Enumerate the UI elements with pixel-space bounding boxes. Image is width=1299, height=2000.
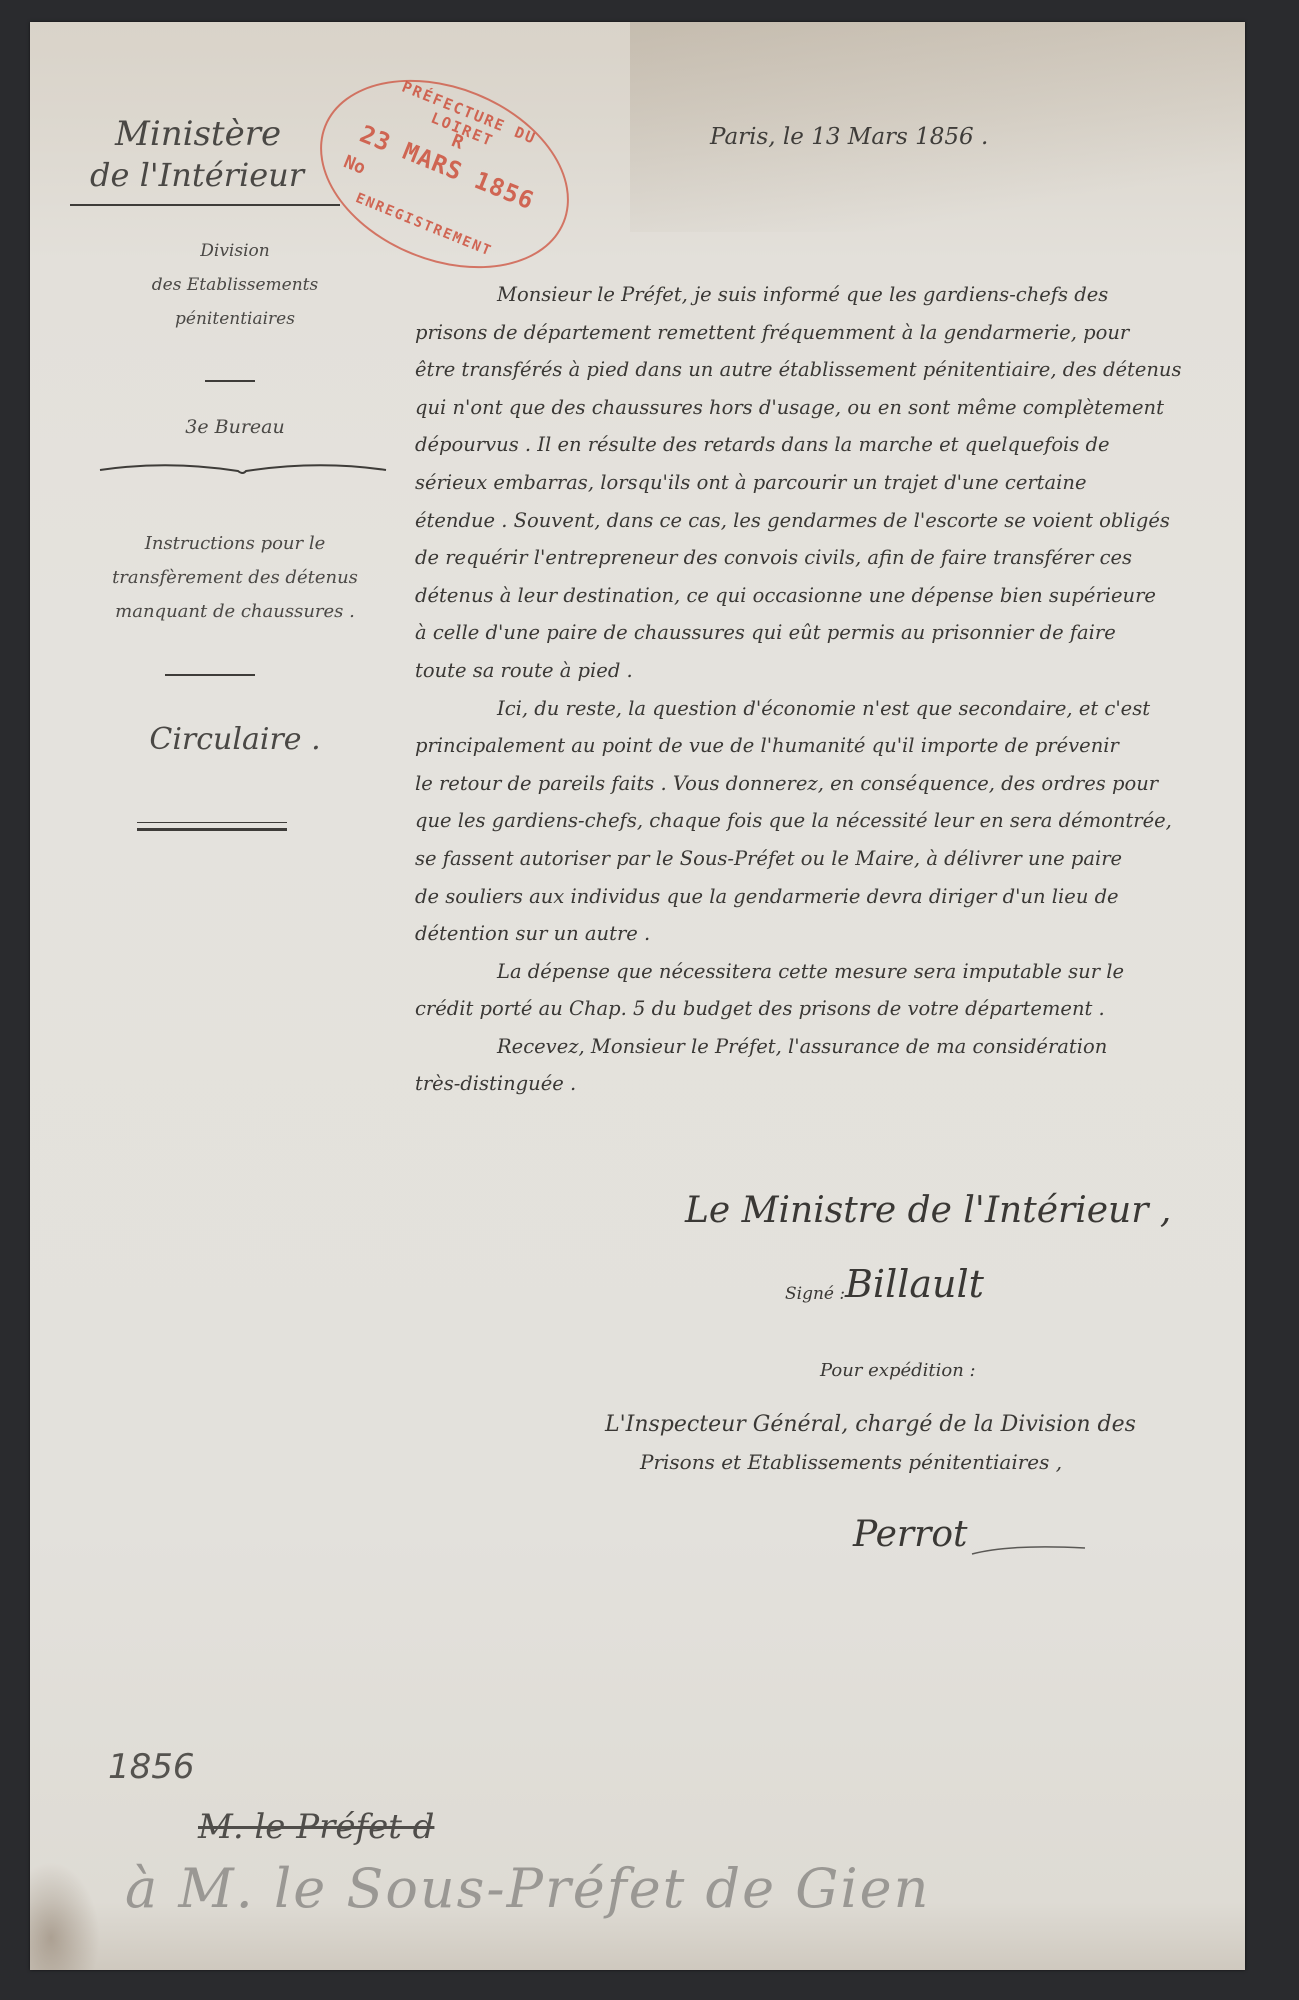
flourish-divider xyxy=(98,462,388,480)
short-divider xyxy=(165,674,255,676)
body-line: détention sur un autre . xyxy=(415,915,1255,953)
double-rule-bottom xyxy=(137,828,287,831)
year-annotation: 1856 xyxy=(108,1747,195,1787)
bureau-label: 3e Bureau xyxy=(70,410,400,444)
pencil-addressee: à M. le Sous-Préfet de Gien xyxy=(125,1857,930,1920)
expedition-label: Pour expédition : xyxy=(820,1360,976,1381)
letter-body: Monsieur le Préfet, je suis informé que … xyxy=(415,276,1255,1103)
body-line: se fassent autoriser par le Sous-Préfet … xyxy=(415,840,1255,878)
body-line: prisons de département remettent fréquem… xyxy=(415,314,1255,352)
body-line: de requérir l'entrepreneur des convois c… xyxy=(415,539,1255,577)
document-type: Circulaire . xyxy=(70,720,400,760)
body-line: détenus à leur destination, ce qui occas… xyxy=(415,577,1255,615)
subject-line: Instructions pour le xyxy=(70,527,400,561)
body-line: être transférés à pied dans un autre éta… xyxy=(415,351,1255,389)
body-line: principalement au point de vue de l'huma… xyxy=(415,727,1255,765)
inspector-signature: Perrot xyxy=(853,1514,967,1555)
inspector-title-line2: Prisons et Etablissements pénitentiaires… xyxy=(640,1450,1062,1474)
subject-block: Instructions pour le transfèrement des d… xyxy=(70,527,400,629)
letterhead-interieur: de l'Intérieur xyxy=(90,156,304,194)
body-line: étendue . Souvent, dans ce cas, les gend… xyxy=(415,502,1255,540)
body-line: Monsieur le Préfet, je suis informé que … xyxy=(415,276,1255,314)
letterhead-divider xyxy=(70,204,340,206)
body-line: sérieux embarras, lorsqu'ils ont à parco… xyxy=(415,464,1255,502)
body-line: le retour de pareils faits . Vous donner… xyxy=(415,765,1255,803)
body-line: Ici, du reste, la question d'économie n'… xyxy=(415,690,1255,728)
struck-addressee: M. le Préfet d xyxy=(198,1807,434,1847)
body-line: crédit porté au Chap. 5 du budget des pr… xyxy=(415,990,1255,1028)
dateline: Paris, le 13 Mars 1856 . xyxy=(710,124,988,150)
body-line: très-distinguée . xyxy=(415,1065,1255,1103)
body-line: que les gardiens-chefs, chaque fois que … xyxy=(415,802,1255,840)
body-line: de souliers aux individus que la gendarm… xyxy=(415,878,1255,916)
body-line: dépourvus . Il en résulte des retards da… xyxy=(415,426,1255,464)
body-line: La dépense que nécessitera cette mesure … xyxy=(415,953,1255,991)
body-line: Recevez, Monsieur le Préfet, l'assurance… xyxy=(415,1028,1255,1066)
double-rule-top xyxy=(137,822,287,823)
division-line: des Etablissements xyxy=(70,268,400,302)
letterhead-ministere: Ministère xyxy=(115,114,281,154)
body-line: qui n'ont que des chaussures hors d'usag… xyxy=(415,389,1255,427)
short-divider xyxy=(205,380,255,382)
division-line: Division xyxy=(70,234,400,268)
division-line: pénitentiaires xyxy=(70,302,400,336)
signature-flourish xyxy=(970,1540,1090,1560)
body-line: toute sa route à pied . xyxy=(415,652,1255,690)
subject-line: manquant de chaussures . xyxy=(70,595,400,629)
minister-title: Le Ministre de l'Intérieur , xyxy=(685,1190,1171,1231)
minister-signature: Billault xyxy=(845,1262,984,1306)
document-page: Ministère de l'Intérieur PRÉFECTURE DU L… xyxy=(30,22,1245,1970)
stamp-number-label: No xyxy=(341,151,369,179)
subject-line: transfèrement des détenus xyxy=(70,561,400,595)
division-block: Division des Etablissements pénitentiair… xyxy=(70,234,400,336)
inspector-title-line1: L'Inspecteur Général, chargé de la Divis… xyxy=(605,1412,1136,1437)
body-line: à celle d'une paire de chaussures qui eû… xyxy=(415,614,1255,652)
signed-label: Signé : xyxy=(785,1284,845,1304)
